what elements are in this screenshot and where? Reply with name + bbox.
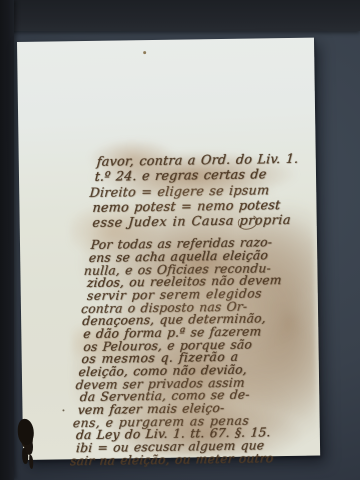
photo-background: favor, contra a Ord. do Liv. 1. t.º 24. … [0, 0, 360, 480]
manuscript-text-block: favor, contra a Ord. do Liv. 1. t.º 24. … [72, 151, 333, 467]
manuscript-line: esse Judex in Causa propria [92, 213, 328, 232]
manuscript-paragraph-1: favor, contra a Ord. do Liv. 1. t.º 24. … [89, 151, 333, 231]
manuscript-line: sair na eleição, ou meter outro [70, 451, 311, 467]
manuscript-page: favor, contra a Ord. do Liv. 1. t.º 24. … [17, 38, 320, 460]
paper-speck [62, 409, 64, 411]
book-binding-top-edge [0, 0, 360, 31]
edge-damage-blob [18, 419, 34, 445]
manuscript-paragraph-2: Por todas as referidas razo- ens se acha… [72, 236, 327, 468]
book-binding-left-edge [0, 0, 14, 480]
paper-speck [143, 51, 146, 54]
